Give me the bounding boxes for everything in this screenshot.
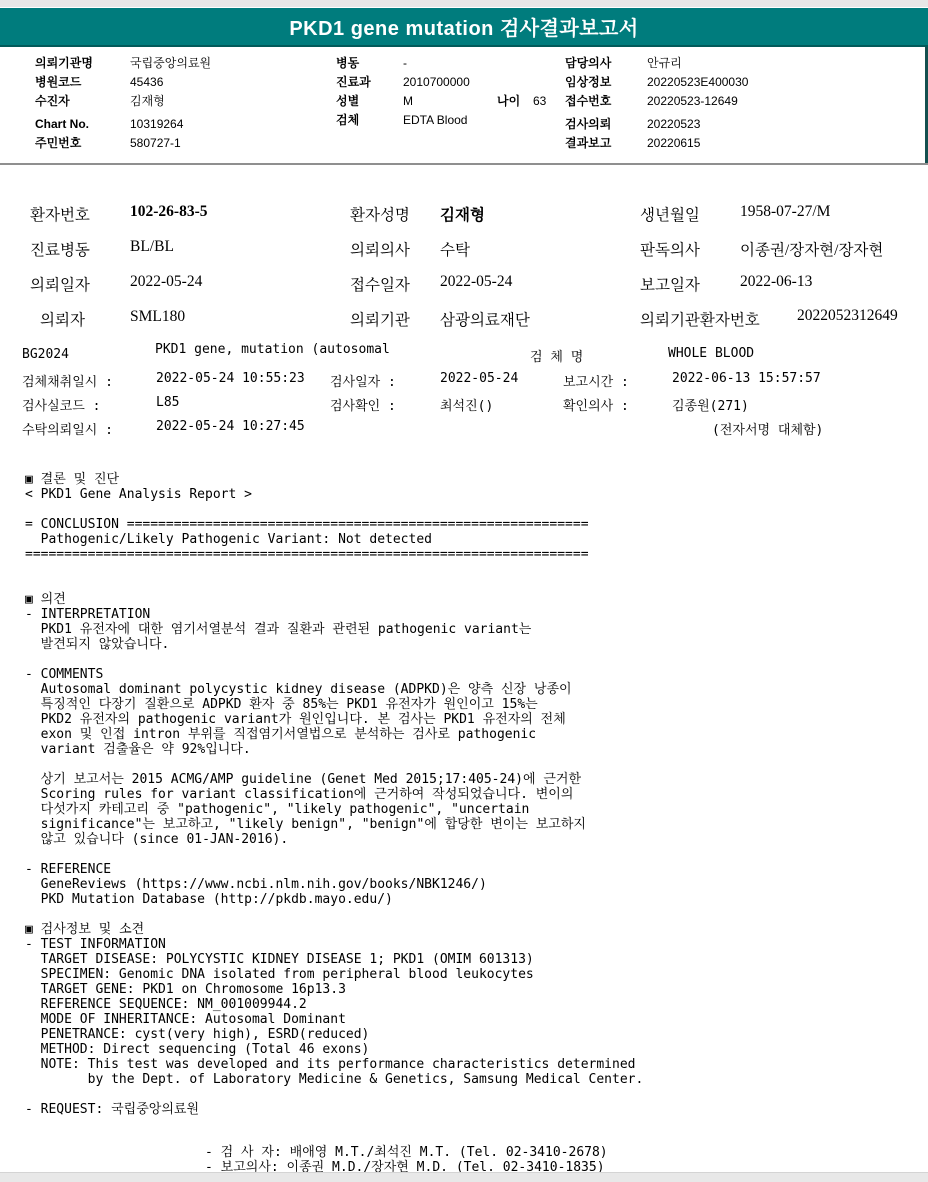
field-value: 수탁 — [440, 238, 470, 260]
field-label: 확인의사 : — [563, 395, 629, 414]
field-value: BL/BL — [130, 238, 174, 256]
reference-section: - REFERENCE GeneReviews (https://www.ncb… — [25, 862, 915, 907]
field-label: 생년월일 — [640, 203, 700, 225]
page-title: PKD1 gene mutation 검사결과보고서 — [289, 12, 638, 41]
request-line: - REQUEST: 국립중앙의료원 — [25, 1102, 915, 1117]
admin-row: 접수번호20220523-12649 — [565, 92, 748, 111]
field-value: 2022-05-24 10:27:45 — [156, 419, 305, 434]
admin-row: 검사의뢰20220523 — [565, 115, 748, 134]
field-value: 2022-05-24 — [440, 371, 518, 386]
field-label: 검체 — [336, 111, 403, 130]
field-label: 보고시간 : — [563, 371, 629, 390]
patient-row: 의뢰일자 2022-05-24 접수일자 2022-05-24 보고일자 202… — [0, 273, 928, 295]
field-label: 검 체 명 — [530, 346, 583, 365]
patient-name: 김재형 — [440, 203, 485, 225]
field-label: 접수일자 — [350, 273, 410, 295]
field-label: 진료병동 — [30, 238, 90, 260]
field-value: 2022-05-24 — [440, 273, 512, 291]
field-label: 검사확인 : — [330, 395, 396, 414]
admin-right-column: 담당의사안규리 임상정보20220523E400030 접수번호20220523… — [565, 54, 748, 153]
field-value: 2022-06-13 — [740, 273, 812, 291]
admin-row: 임상정보20220523E400030 — [565, 73, 748, 92]
field-value: SML180 — [130, 308, 185, 326]
field-value: - — [403, 56, 407, 70]
field-label: 수진자 — [35, 92, 130, 111]
report-body: ▣ 결론 및 진단 < PKD1 Gene Analysis Report > … — [25, 472, 915, 1182]
field-label: 검체채취일시 : — [22, 371, 113, 390]
field-label: 환자성명 — [350, 203, 410, 225]
admin-row: 병동- — [336, 54, 546, 73]
field-label: 진료과 — [336, 73, 403, 92]
admin-row: 주민번호580727-1 — [35, 134, 211, 153]
field-label: 의뢰기관환자번호 — [640, 308, 760, 330]
field-value: 김재형 — [130, 94, 165, 108]
specimen-value: WHOLE BLOOD — [668, 346, 754, 361]
field-label: 나이 — [497, 92, 533, 111]
admin-row: 병원코드45436 — [35, 73, 211, 92]
field-value: 국립중앙의료원 — [130, 56, 211, 70]
admin-row: 검체EDTA Blood — [336, 111, 546, 130]
field-value: 63 — [533, 94, 546, 108]
section-divider — [0, 163, 928, 165]
field-label: 보고일자 — [640, 273, 700, 295]
field-label: 검사실코드 : — [22, 395, 100, 414]
field-value: 1958-07-27/M — [740, 203, 830, 221]
field-value: 2022-05-24 10:55:23 — [156, 371, 305, 386]
field-label: 의뢰기관명 — [35, 54, 130, 73]
field-value: 삼광의료재단 — [440, 308, 530, 330]
footer-strip — [0, 1172, 928, 1182]
field-value: 45436 — [130, 75, 163, 89]
field-label: 성별 — [336, 92, 403, 111]
field-label: 결과보고 — [565, 134, 647, 153]
signer-lines: - 검 사 자: 배애영 M.T./최석진 M.T. (Tel. 02-3410… — [25, 1145, 915, 1175]
field-value: 20220523 — [647, 117, 700, 131]
field-label: 환자번호 — [30, 203, 90, 225]
field-value: 20220523E400030 — [647, 75, 748, 89]
field-label: 병동 — [336, 54, 403, 73]
field-value: 2022-06-13 15:57:57 — [672, 371, 821, 386]
field-label: 의뢰자 — [40, 308, 85, 330]
patient-row: 진료병동 BL/BL 의뢰의사 수탁 판독의사 이종권/장자현/장자현 — [0, 238, 928, 260]
admin-row-sex-age: 성별M나이63 — [336, 92, 546, 111]
field-label: 담당의사 — [565, 54, 647, 73]
admin-row: 의뢰기관명국립중앙의료원 — [35, 54, 211, 73]
top-strip — [0, 0, 928, 8]
field-value: 최석진() — [440, 395, 493, 414]
field-value: 안규리 — [647, 56, 682, 70]
field-value: 2010700000 — [403, 75, 470, 89]
admin-left-column: 의뢰기관명국립중앙의료원 병원코드45436 수진자김재형 Chart No.1… — [35, 54, 211, 153]
opinion-section: ▣ 의견 - INTERPRETATION PKD1 유전자에 대한 염기서열분… — [25, 592, 915, 652]
field-label: Chart No. — [35, 115, 130, 134]
field-label: 검사의뢰 — [565, 115, 647, 134]
report-page: PKD1 gene mutation 검사결과보고서 의뢰기관명국립중앙의료원 … — [0, 0, 928, 1182]
field-label: 병원코드 — [35, 73, 130, 92]
conclusion-title: ▣ 결론 및 진단 < PKD1 Gene Analysis Report > — [25, 472, 915, 502]
field-value: 10319264 — [130, 117, 183, 131]
field-value: 20220615 — [647, 136, 700, 150]
field-value: 580727-1 — [130, 136, 181, 150]
admin-middle-column: 병동- 진료과2010700000 성별M나이63 검체EDTA Blood — [336, 54, 546, 130]
patient-number: 102-26-83-5 — [130, 203, 208, 221]
field-value: L85 — [156, 395, 179, 410]
patient-row: 의뢰자 SML180 의뢰기관 삼광의료재단 의뢰기관환자번호 20220523… — [0, 308, 928, 330]
conclusion-block: = CONCLUSION ===========================… — [25, 517, 915, 562]
field-label: 주민번호 — [35, 134, 130, 153]
field-label: 수탁의뢰일시 : — [22, 419, 113, 438]
test-information-section: ▣ 검사정보 및 소견 - TEST INFORMATION TARGET DI… — [25, 922, 915, 1087]
title-bar: PKD1 gene mutation 검사결과보고서 — [0, 8, 928, 47]
field-value: 2022-05-24 — [130, 273, 202, 291]
field-value: EDTA Blood — [403, 113, 467, 127]
admin-row: 진료과2010700000 — [336, 73, 546, 92]
field-value: 20220523-12649 — [647, 94, 738, 108]
field-label: 의뢰기관 — [350, 308, 410, 330]
test-name: PKD1 gene, mutation (autosomal — [155, 342, 390, 357]
field-value: 김종원(271) — [672, 395, 749, 414]
field-value: 이종권/장자현/장자현 — [740, 238, 883, 260]
field-label: 의뢰일자 — [30, 273, 90, 295]
comments-paragraph-2: 상기 보고서는 2015 ACMG/AMP guideline (Genet M… — [25, 772, 915, 847]
field-value: M — [403, 92, 497, 111]
field-label: 의뢰의사 — [350, 238, 410, 260]
field-label: 판독의사 — [640, 238, 700, 260]
test-code: BG2024 — [22, 347, 69, 362]
comments-paragraph-1: - COMMENTS Autosomal dominant polycystic… — [25, 667, 915, 757]
admin-row: Chart No.10319264 — [35, 115, 211, 134]
field-label: 임상정보 — [565, 73, 647, 92]
field-label: 접수번호 — [565, 92, 647, 111]
field-label: 검사일자 : — [330, 371, 396, 390]
patient-row: 환자번호 102-26-83-5 환자성명 김재형 생년월일 1958-07-2… — [0, 203, 928, 225]
e-signature-note: (전자서명 대체함) — [712, 419, 823, 438]
admin-row: 담당의사안규리 — [565, 54, 748, 73]
field-value: 2022052312649 — [797, 307, 917, 324]
admin-row: 결과보고20220615 — [565, 134, 748, 153]
admin-row: 수진자김재형 — [35, 92, 211, 111]
